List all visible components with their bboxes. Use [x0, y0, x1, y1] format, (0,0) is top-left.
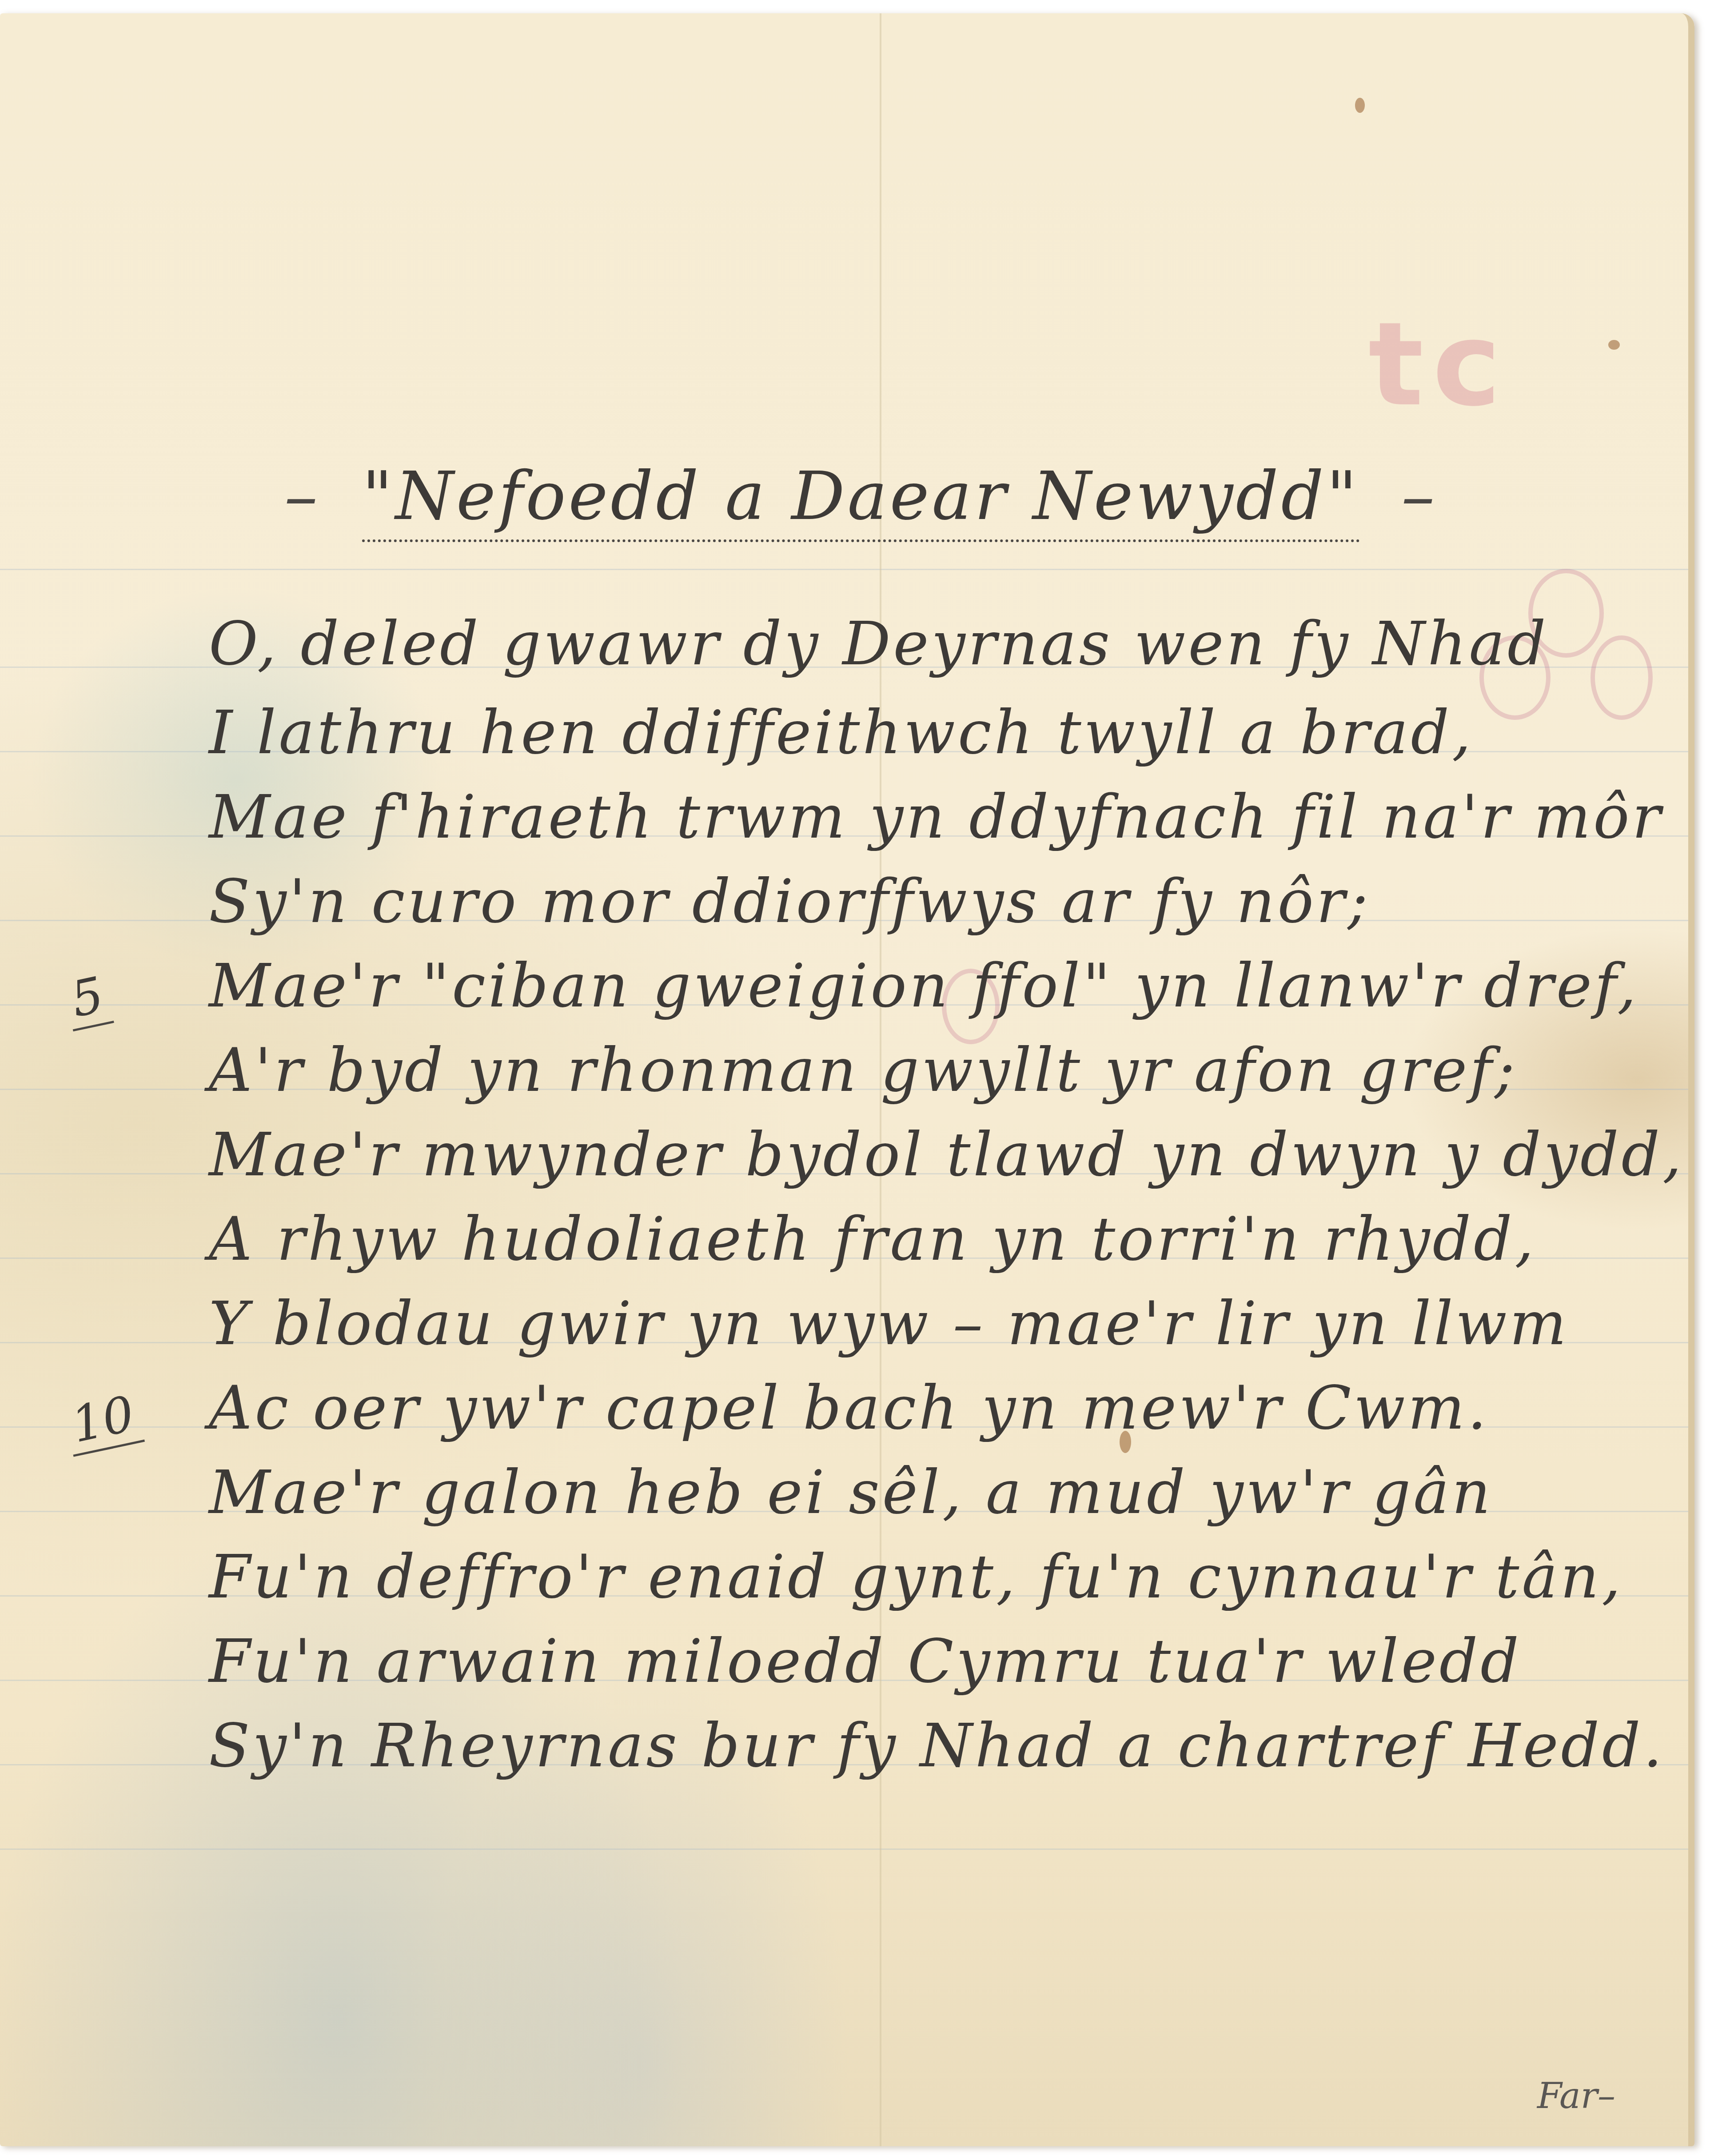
- catchword: Far–: [1537, 2075, 1615, 2116]
- verse-line-14: Sy'n Rheyrnas bur fy Nhad a chartref Hed…: [209, 1711, 1665, 1781]
- showthrough-marks: tc: [1368, 298, 1510, 432]
- verse-line-10: Ac oer yw'r capel bach yn mew'r Cwm.: [209, 1373, 1489, 1443]
- showthrough-ring: [1590, 635, 1653, 720]
- verse-line-3: Mae f'hiraeth trwm yn ddyfnach fil na'r …: [209, 782, 1663, 852]
- verse-line-5: Mae'r "ciban gweigion ffol" yn llanw'r d…: [209, 951, 1639, 1021]
- title-dash: –: [284, 458, 320, 535]
- verse-line-11: Mae'r galon heb ei sêl, a mud yw'r gân: [209, 1457, 1493, 1527]
- verse-line-7: Mae'r mwynder bydol tlawd yn dwyn y dydd…: [209, 1120, 1684, 1190]
- verse-line-12: Fu'n deffro'r enaid gynt, fu'n cynnau'r …: [209, 1542, 1623, 1612]
- ruled-line: [0, 1849, 1688, 1850]
- verse-line-6: A'r byd yn rhonman gwyllt yr afon gref;: [209, 1035, 1518, 1105]
- title-text: "Nefoedd a Daear Newydd": [362, 458, 1360, 542]
- ink-stain: [1608, 340, 1620, 350]
- line-number-5: 5: [61, 965, 114, 1032]
- verse-line-9: Y blodau gwir yn wyw – mae'r lir yn llwm: [209, 1289, 1569, 1358]
- ruled-line: [0, 569, 1688, 570]
- verse-line-4: Sy'n curo mor ddiorffwys ar fy nôr;: [209, 866, 1371, 936]
- poem-title: – "Nefoedd a Daear Newydd" –: [267, 458, 1455, 542]
- ink-stain: [1355, 98, 1365, 113]
- verse-line-13: Fu'n arwain miloedd Cymru tua'r wledd: [209, 1626, 1522, 1696]
- verse-line-2: I lathru hen ddiffeithwch twyll a brad,: [209, 698, 1474, 767]
- line-number-10: 10: [61, 1384, 145, 1457]
- manuscript-page: tc – "Nefoedd a Daear Newydd" – O, deled…: [0, 13, 1694, 2146]
- verse-line-8: A rhyw hudoliaeth fran yn torri'n rhydd,: [209, 1204, 1536, 1274]
- verse-line-1: O, deled gwawr dy Deyrnas wen fy Nhad: [209, 609, 1548, 679]
- title-dash: –: [1401, 458, 1437, 535]
